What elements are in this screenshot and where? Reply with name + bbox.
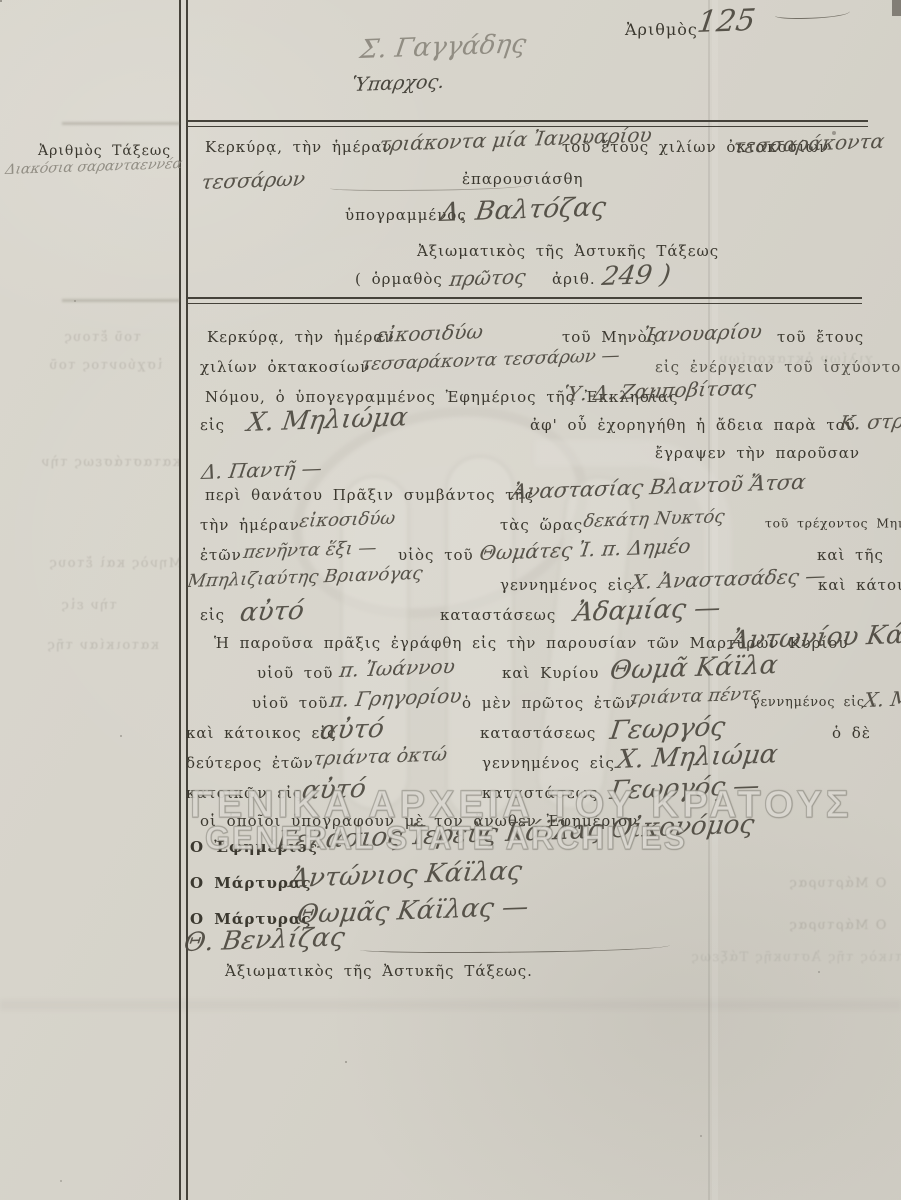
bleedthrough-text: καταστάσεως τὴν xyxy=(40,455,181,470)
printed-text: ἐπαρουσιάσθη xyxy=(462,170,584,188)
horizontal-double-rule-mid xyxy=(186,297,862,304)
handwritten-status: Ἀδαμίας — xyxy=(572,593,723,628)
handwritten-year: τεσσαράκοντα xyxy=(732,129,886,158)
printed-text: υἱὸς τοῦ xyxy=(398,546,474,564)
handwritten-authority: Κ. στρατιώτου xyxy=(838,406,901,435)
bleedthrough-text: τὴν εἰς xyxy=(60,598,117,613)
printed-text: καταστάσεως xyxy=(440,606,556,624)
handwritten-witness2-name: Θωμᾶ Κάϊλα xyxy=(608,650,780,686)
scan-edge-mark xyxy=(892,0,901,16)
handwritten-witness2-age: τριάντα ὀκτώ xyxy=(312,743,449,770)
signature-flourish xyxy=(360,942,670,953)
printed-text: υἱοῦ τοῦ xyxy=(252,694,328,712)
page-number-flourish xyxy=(775,8,850,19)
printed-text: καὶ τῆς xyxy=(817,546,884,564)
printed-text: ( ὁρμαθὸς xyxy=(355,270,443,288)
printed-text: γεννημένος εἰς xyxy=(500,576,633,594)
bleedthrough-text: Μηνὸς καὶ ἔτους xyxy=(48,556,182,571)
printed-text: ὁ δὲ xyxy=(832,724,871,742)
printed-text: ἀφ' οὗ ἐχορηγήθη ἡ ἄδεια παρὰ τοῦ xyxy=(530,416,856,434)
printed-text: εἰς xyxy=(200,606,225,624)
handwritten-witness2-birthplace: Χ. Μηλιώμα xyxy=(615,739,780,775)
scanned-death-record-page: Ἀριθμὸς 125 Σ. Γαγγάδης Ὑπαρχος. Ἀριθμὸς… xyxy=(0,0,901,1200)
printed-text: καὶ Κυρίου xyxy=(502,664,599,682)
printed-text: εἰς xyxy=(200,416,225,434)
page-number-value: 125 xyxy=(695,3,758,40)
handwritten-witness2-father: π. Γρηγορίου xyxy=(328,683,463,712)
bleedthrough-text: κατοικίαν τῆς xyxy=(46,638,159,653)
bleedthrough-text: ἰσχύοντος τοῦ xyxy=(48,358,162,373)
handwritten-batch: πρῶτος xyxy=(448,264,527,291)
handwritten-residence: αὐτό xyxy=(318,714,386,746)
printed-text: ἐτῶν xyxy=(200,546,242,564)
printed-text: τὰς ὥρας xyxy=(500,516,583,534)
printed-text: ὁ μὲν πρῶτος ἐτῶν xyxy=(462,694,636,712)
watermark-english: GENERAL STATE ARCHIVES xyxy=(205,820,687,857)
handwritten-note: Δ. Παντῆ — xyxy=(200,456,324,484)
printed-text: περὶ θανάτου Πρᾶξιν συμβάντος τῆς xyxy=(205,486,534,504)
handwritten-parish: Χ. Μηλιώμα xyxy=(245,402,410,438)
printed-text: εἰς ἐνέργειαν τοῦ ἰσχύοντος xyxy=(655,358,901,376)
printed-text: γεννημένος εἰς xyxy=(482,754,615,772)
handwritten-witness1-father: π. Ἰωάννου xyxy=(338,654,457,682)
handwritten-year-cont: τεσσάρων xyxy=(200,166,307,194)
page-number-label: Ἀριθμὸς xyxy=(625,20,698,39)
printed-text: καὶ κάτοικος εἰς xyxy=(186,724,337,742)
officer-title: Ἀξιωματικὸς τῆς Ἀστυκῆς Τάξεως. xyxy=(225,962,533,980)
printed-text: ἀριθ. xyxy=(552,270,596,288)
officer-signature: Θ. Βενλίζας xyxy=(182,922,347,958)
handwritten-witness1-age: τριάντα πέντε xyxy=(628,683,762,709)
printed-text: Κερκύρᾳ, τὴν ἡμέραν xyxy=(207,328,395,346)
handwritten-batch-number: 249 ) xyxy=(600,260,673,292)
handwritten-month: Ἰανουαρίου xyxy=(642,319,764,347)
printed-text: καταστάσεως xyxy=(480,724,596,742)
handwritten-day: εἰκοσιδύω xyxy=(375,319,485,347)
printed-text: χιλίων ὀκτακοσίων xyxy=(200,358,370,376)
printed-text: Κερκύρᾳ, τὴν ἡμέραν xyxy=(205,138,393,156)
printed-text: τοῦ ἔτους xyxy=(777,328,864,346)
vertical-double-rule xyxy=(179,0,188,1200)
printed-text: Ἀξιωματικὸς τῆς Ἀστυκῆς Τάξεως xyxy=(417,242,719,260)
handwritten-death-hour: δεκάτη Νυκτός xyxy=(582,506,726,532)
handwritten-officer-name: Δ. Βαλτόζας xyxy=(438,192,608,228)
printed-text: τὴν ἡμέραν xyxy=(200,516,300,534)
hyparchos-note: Ὑπαρχος. xyxy=(350,71,446,96)
bleedthrough-text: τοῦ ἔτους xyxy=(63,330,141,345)
handwritten-residence: αὐτό xyxy=(238,596,306,628)
printed-text: υἱοῦ τοῦ xyxy=(257,664,333,682)
handwritten-death-day: εἰκοσιδύω xyxy=(298,508,397,532)
printed-text: καὶ κάτοικος xyxy=(818,576,901,594)
pencil-signature: Σ. Γαγγάδης xyxy=(358,29,528,65)
margin-column: Ἀριθμὸς Τάξεως Διακόσια σαρανταεννέα τοῦ… xyxy=(0,0,179,1200)
order-number-value: Διακόσια σαρανταεννέα xyxy=(4,156,184,178)
printed-text: γεννημένος εἰς xyxy=(752,694,865,709)
handwritten-witness1-birthplace: Χ. Μηλιώμα xyxy=(862,684,901,712)
handwritten-age: πενῆντα ἕξι — xyxy=(242,537,378,563)
printed-text: τοῦ τρέχοντος Μηνὸς καὶ ἔτους xyxy=(765,516,901,531)
printed-text: δεύτερος ἐτῶν xyxy=(186,754,314,772)
